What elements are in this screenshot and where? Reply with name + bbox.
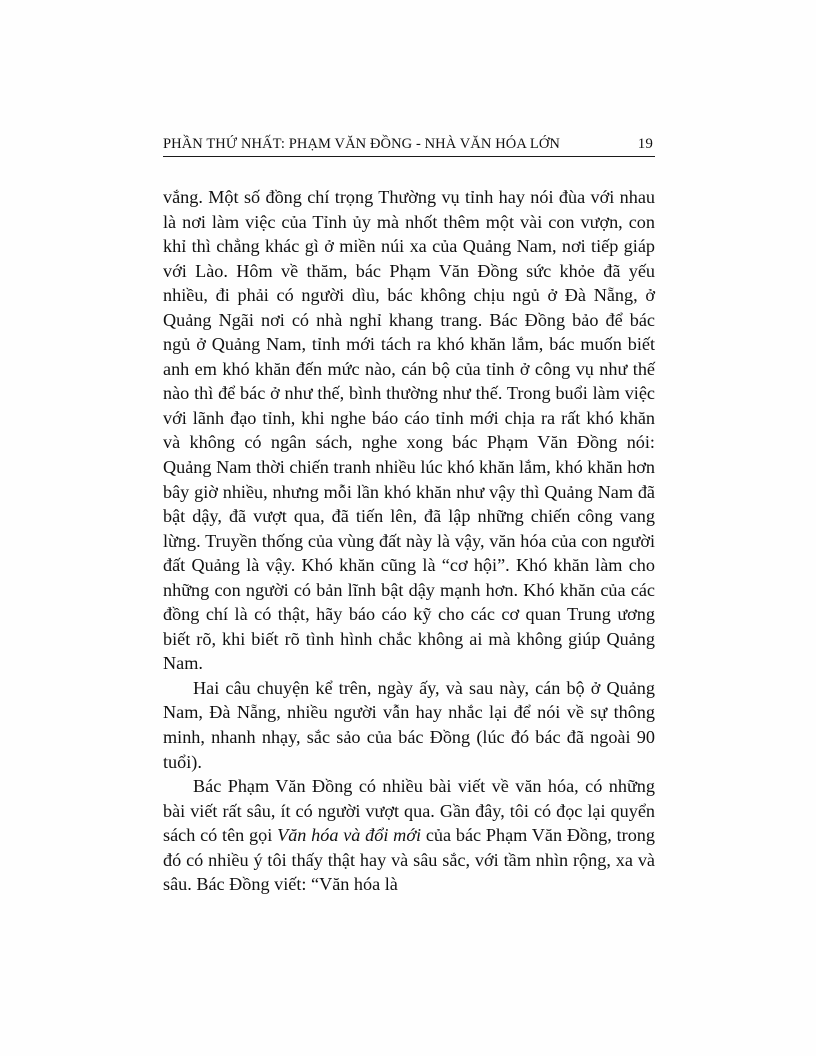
chapter-title: PHẦN THỨ NHẤT: PHẠM VĂN ĐỒNG - NHÀ VĂN H… xyxy=(163,135,560,153)
paragraph-1: vắng. Một số đồng chí trọng Thường vụ tỉ… xyxy=(163,185,655,676)
page-number: 19 xyxy=(638,135,655,153)
running-header: PHẦN THỨ NHẤT: PHẠM VĂN ĐỒNG - NHÀ VĂN H… xyxy=(163,134,655,157)
paragraph-3: Bác Phạm Văn Đồng có nhiều bài viết về v… xyxy=(163,774,655,897)
book-title-italic: Văn hóa và đổi mới xyxy=(277,825,421,845)
book-page: PHẦN THỨ NHẤT: PHẠM VĂN ĐỒNG - NHÀ VĂN H… xyxy=(163,134,655,897)
body-text: vắng. Một số đồng chí trọng Thường vụ tỉ… xyxy=(163,185,655,897)
paragraph-2: Hai câu chuyện kể trên, ngày ấy, và sau … xyxy=(163,676,655,774)
